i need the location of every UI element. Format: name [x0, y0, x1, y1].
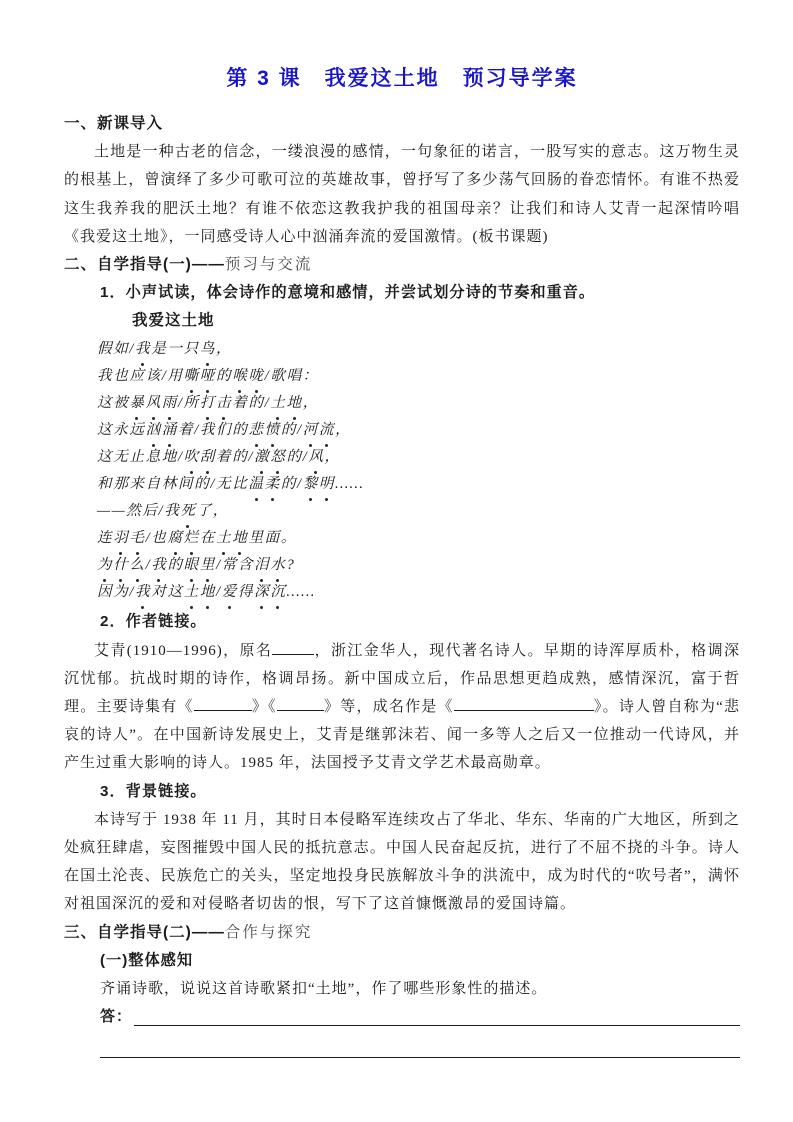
emphasized-char: 土 [270, 390, 286, 417]
poem-line: 我也应该/用嘶哑的喉咙/歌唱： [97, 363, 740, 390]
emphasized-char: 愤 [265, 417, 281, 444]
emphasized-char: 死 [180, 498, 196, 525]
heading-section-3: 三、自学指导(二)——合作与探究 [64, 919, 740, 947]
emphasized-char: 哑 [200, 363, 216, 390]
emphasized-char: 风 [146, 390, 162, 417]
item-3-background-link: 3．背景链接。 [100, 778, 740, 806]
emphasized-char: 毛 [129, 525, 145, 552]
poem-line: 这被暴风雨/所打击着的/土地， [97, 390, 740, 417]
fill-in-blank [454, 697, 594, 711]
emphasized-char: 土 [184, 579, 200, 606]
emphasized-char: 悲 [248, 417, 264, 444]
poem-line: 因为/我对这土地/爱得深沉…… [97, 579, 740, 606]
answer-underline-1 [134, 1003, 740, 1026]
emphasized-char: 咙 [248, 363, 264, 390]
emphasized-char: 眼 [184, 552, 200, 579]
emphasized-char: 地 [232, 525, 248, 552]
background-paragraph: 本诗写于 1938 年 11 月，其时日本侵略军连续攻占了华北、华东、华南的广大… [64, 806, 740, 919]
page-title: 第 3 课 我爱这土地 预习导学案 [64, 64, 740, 94]
emphasized-char: 我 [135, 336, 151, 363]
emphasized-char: 爱 [222, 579, 238, 606]
answer-label: 答： [100, 1003, 132, 1031]
answer-underline-2 [100, 1031, 740, 1058]
emphasized-char: 明 [319, 471, 335, 498]
emphasized-char: 沉 [270, 579, 286, 606]
emphasized-char: 地 [200, 579, 216, 606]
emphasized-char: 泪 [254, 552, 270, 579]
emphasized-char: 水 [270, 552, 286, 579]
emphasized-char: 喉 [232, 363, 248, 390]
emphasized-char: 烂 [184, 525, 200, 552]
emphasized-char: 打 [200, 390, 216, 417]
emphasized-char: 激 [254, 444, 270, 471]
question-prompt: 齐诵诗歌，说说这首诗歌紧扣“土地”，作了哪些形象性的描述。 [100, 975, 740, 1003]
emphasized-char: 河 [303, 417, 319, 444]
emphasized-char: 里 [200, 552, 216, 579]
item-2-author-link: 2．作者链接。 [100, 608, 740, 636]
fill-in-blank [277, 697, 324, 711]
emphasized-char: 温 [248, 471, 264, 498]
emphasized-char: 为 [97, 552, 113, 579]
poem-line: 这永远汹涌着/我们的悲愤的/河流， [97, 417, 740, 444]
emphasized-char: 地 [287, 390, 303, 417]
heading-section-2-main: 二、自学指导(一)—— [64, 256, 225, 273]
emphasized-char: 汹 [146, 417, 162, 444]
emphasized-char: 鸟 [200, 336, 216, 363]
poem-title: 我爱这土地 [132, 307, 740, 334]
poem-line: 这无止息地/吹刮着的/激怒的/风， [97, 444, 740, 471]
emphasized-char: 击 [216, 390, 232, 417]
fill-in-blank [272, 640, 314, 654]
emphasized-char: 流 [319, 417, 335, 444]
emphasized-char: 暴 [129, 390, 145, 417]
emphasized-char: 柔 [265, 471, 281, 498]
heading-section-2-sub: 预习与交流 [225, 256, 313, 273]
emphasized-char: 怒 [270, 444, 286, 471]
emphasized-char: 深 [254, 579, 270, 606]
emphasized-char: 吹 [184, 444, 200, 471]
heading-section-1: 一、新课导入 [64, 110, 740, 138]
poem-line: 和那来自林间的/无比温柔的/黎明…… [97, 471, 740, 498]
author-paragraph: 艾青(1910—1996)，原名，浙江金华人，现代著名诗人。早期的诗浑厚质朴，格… [64, 637, 740, 778]
emphasized-char: 么 [129, 552, 145, 579]
intro-paragraph: 土地是一种古老的信念，一缕浪漫的感情，一句象征的诺言，一股写实的意志。这万物生灵… [64, 138, 740, 251]
poem-line: 连羽毛/也腐烂在土地里面。 [97, 525, 740, 552]
emphasized-char: 雨 [162, 390, 178, 417]
emphasized-char: 刮 [200, 444, 216, 471]
emphasized-char: 土 [216, 525, 232, 552]
emphasized-char: 黎 [303, 471, 319, 498]
item-1-read-aloud: 1．小声试读，体会诗作的意境和感情，并尝试划分诗的节奏和重音。 [100, 279, 740, 307]
document-page: 第 3 课 我爱这土地 预习导学案 一、新课导入 土地是一种古老的信念，一缕浪漫… [0, 0, 793, 1122]
emphasized-char: 羽 [113, 525, 129, 552]
emphasized-char: 我 [135, 579, 151, 606]
poem-line: ——然后/我死了， [97, 498, 740, 525]
answer-row: 答： [100, 1003, 740, 1031]
heading-section-3-sub: 合作与探究 [225, 924, 313, 941]
poem-line: 假如/我是一只鸟， [97, 336, 740, 363]
fill-in-blank [194, 697, 252, 711]
emphasized-char: 涌 [162, 417, 178, 444]
emphasized-char: 什 [113, 552, 129, 579]
emphasized-char: 腐 [167, 525, 183, 552]
heading-section-3-main: 三、自学指导(二)—— [64, 924, 225, 941]
heading-section-2: 二、自学指导(一)——预习与交流 [64, 251, 740, 279]
poem-line: 为什么/我的眼里/常含泪水? [97, 552, 740, 579]
subheading-overall-perception: (一)整体感知 [100, 947, 740, 975]
emphasized-char: 嘶 [184, 363, 200, 390]
emphasized-char: 风 [308, 444, 324, 471]
emphasized-char: 我 [151, 552, 167, 579]
poem: 假如/我是一只鸟，我也应该/用嘶哑的喉咙/歌唱：这被暴风雨/所打击着的/土地，这… [97, 336, 740, 606]
